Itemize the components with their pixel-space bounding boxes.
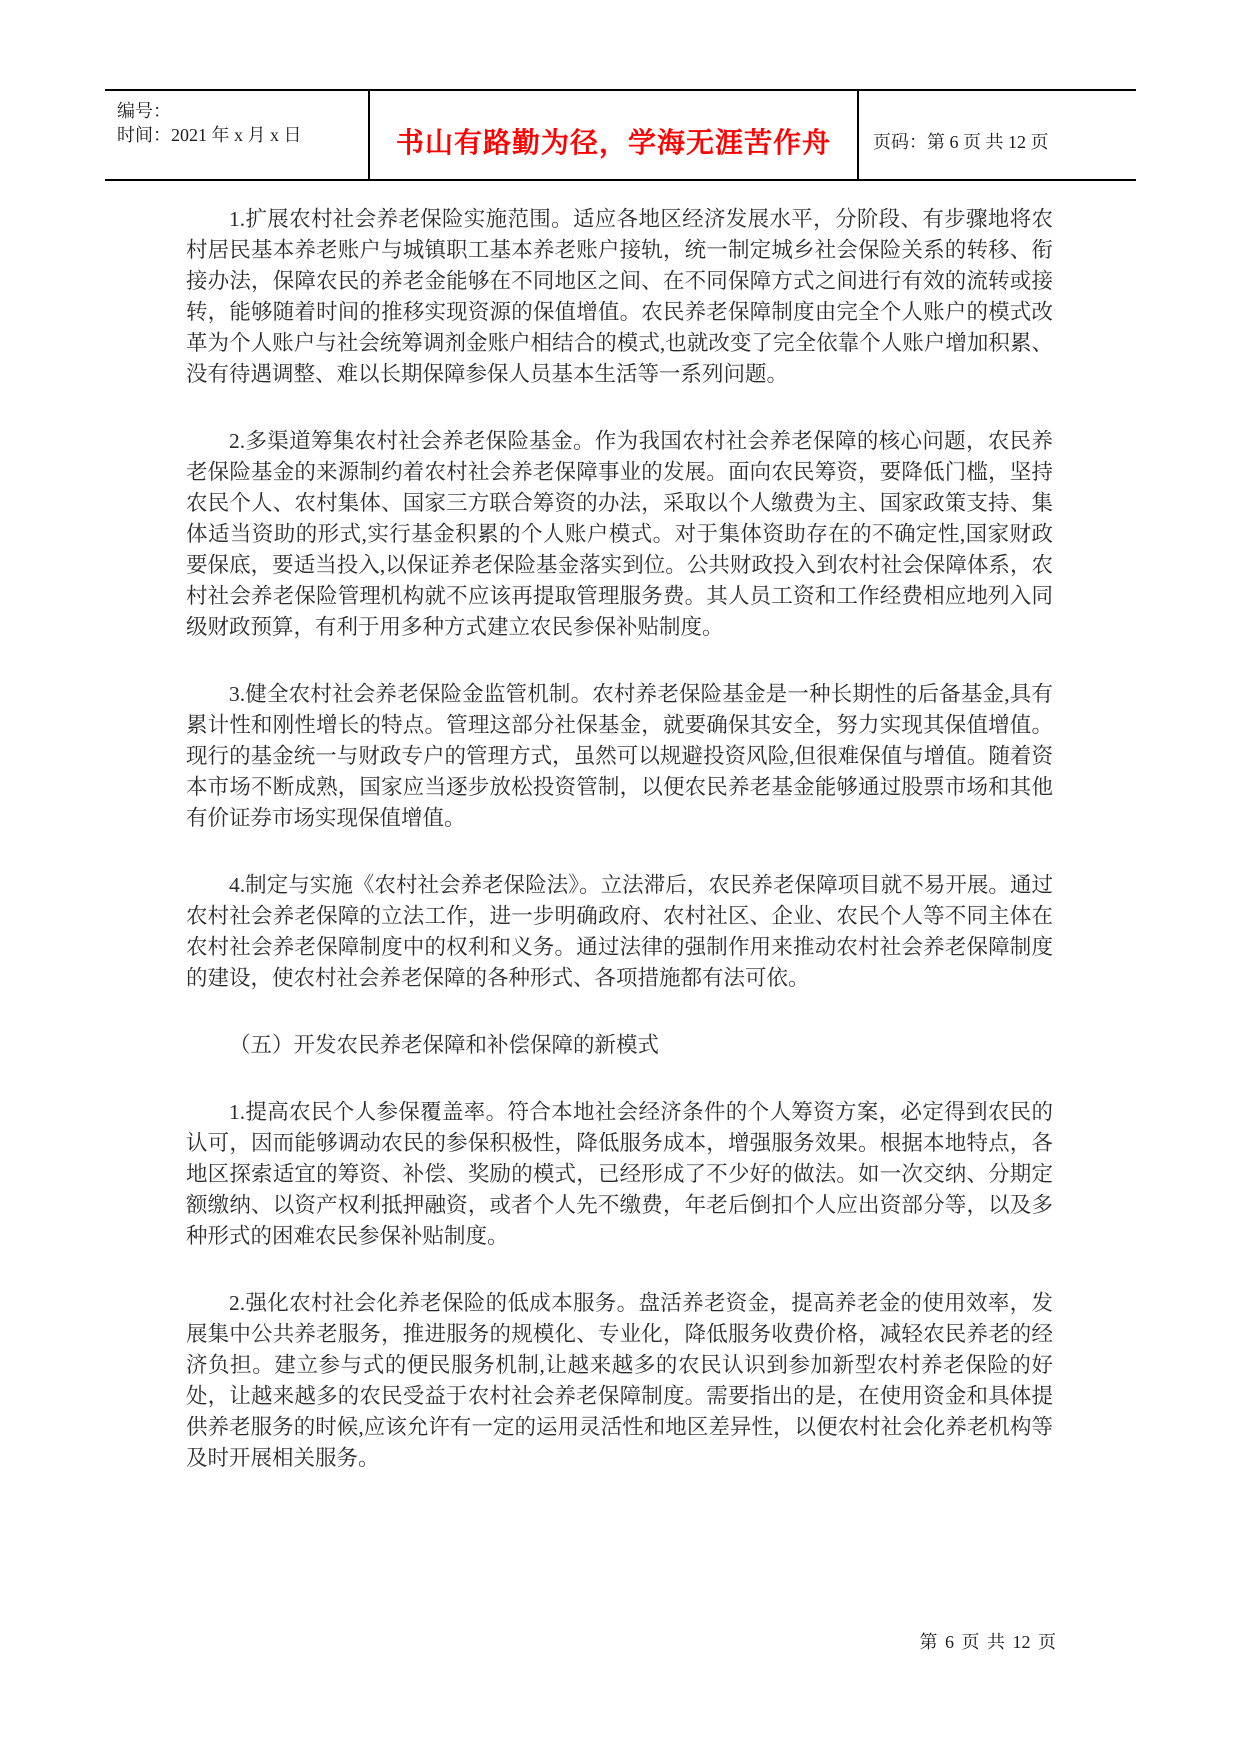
- footer-page-number: 第 6 页 共 12 页: [920, 1631, 1057, 1653]
- header-slogan: 书山有路勤为径，学海无涯苦作舟: [396, 109, 831, 161]
- body-paragraph: 3.健全农村社会养老保险金监管机制。农村养老保险基金是一种长期性的后备基金,具有…: [186, 679, 1053, 834]
- header-slogan-cell: 书山有路勤为径，学海无涯苦作舟: [368, 91, 859, 179]
- document-number-label: 编号：: [117, 99, 368, 123]
- body-paragraph: 1.提高农民个人参保覆盖率。符合本地社会经济条件的个人筹资方案，必定得到农民的认…: [186, 1097, 1053, 1252]
- header-page-label: 页码：第 6 页 共 12 页: [873, 128, 1049, 154]
- document-body: 1.扩展农村社会养老保险实施范围。适应各地区经济发展水平，分阶段、有步骤地将农村…: [186, 204, 1053, 1474]
- header-meta-cell: 编号： 时间：2021 年 x 月 x 日: [105, 91, 368, 179]
- page-header: 编号： 时间：2021 年 x 月 x 日 书山有路勤为径，学海无涯苦作舟 页码…: [105, 89, 1136, 181]
- body-paragraph: 2.多渠道筹集农村社会养老保险基金。作为我国农村社会养老保障的核心问题，农民养老…: [186, 426, 1053, 643]
- section-heading: （五）开发农民养老保障和补偿保障的新模式: [186, 1030, 1053, 1061]
- document-time-label: 时间：2021 年 x 月 x 日: [117, 123, 368, 147]
- header-page-cell: 页码：第 6 页 共 12 页: [859, 91, 1136, 179]
- body-paragraph: 4.制定与实施《农村社会养老保险法》。立法滞后，农民养老保障项目就不易开展。通过…: [186, 870, 1053, 994]
- body-paragraph: 2.强化农村社会化养老保险的低成本服务。盘活养老资金，提高养老金的使用效率，发展…: [186, 1288, 1053, 1474]
- document-page: 编号： 时间：2021 年 x 月 x 日 书山有路勤为径，学海无涯苦作舟 页码…: [0, 0, 1241, 1754]
- body-paragraph: 1.扩展农村社会养老保险实施范围。适应各地区经济发展水平，分阶段、有步骤地将农村…: [186, 204, 1053, 390]
